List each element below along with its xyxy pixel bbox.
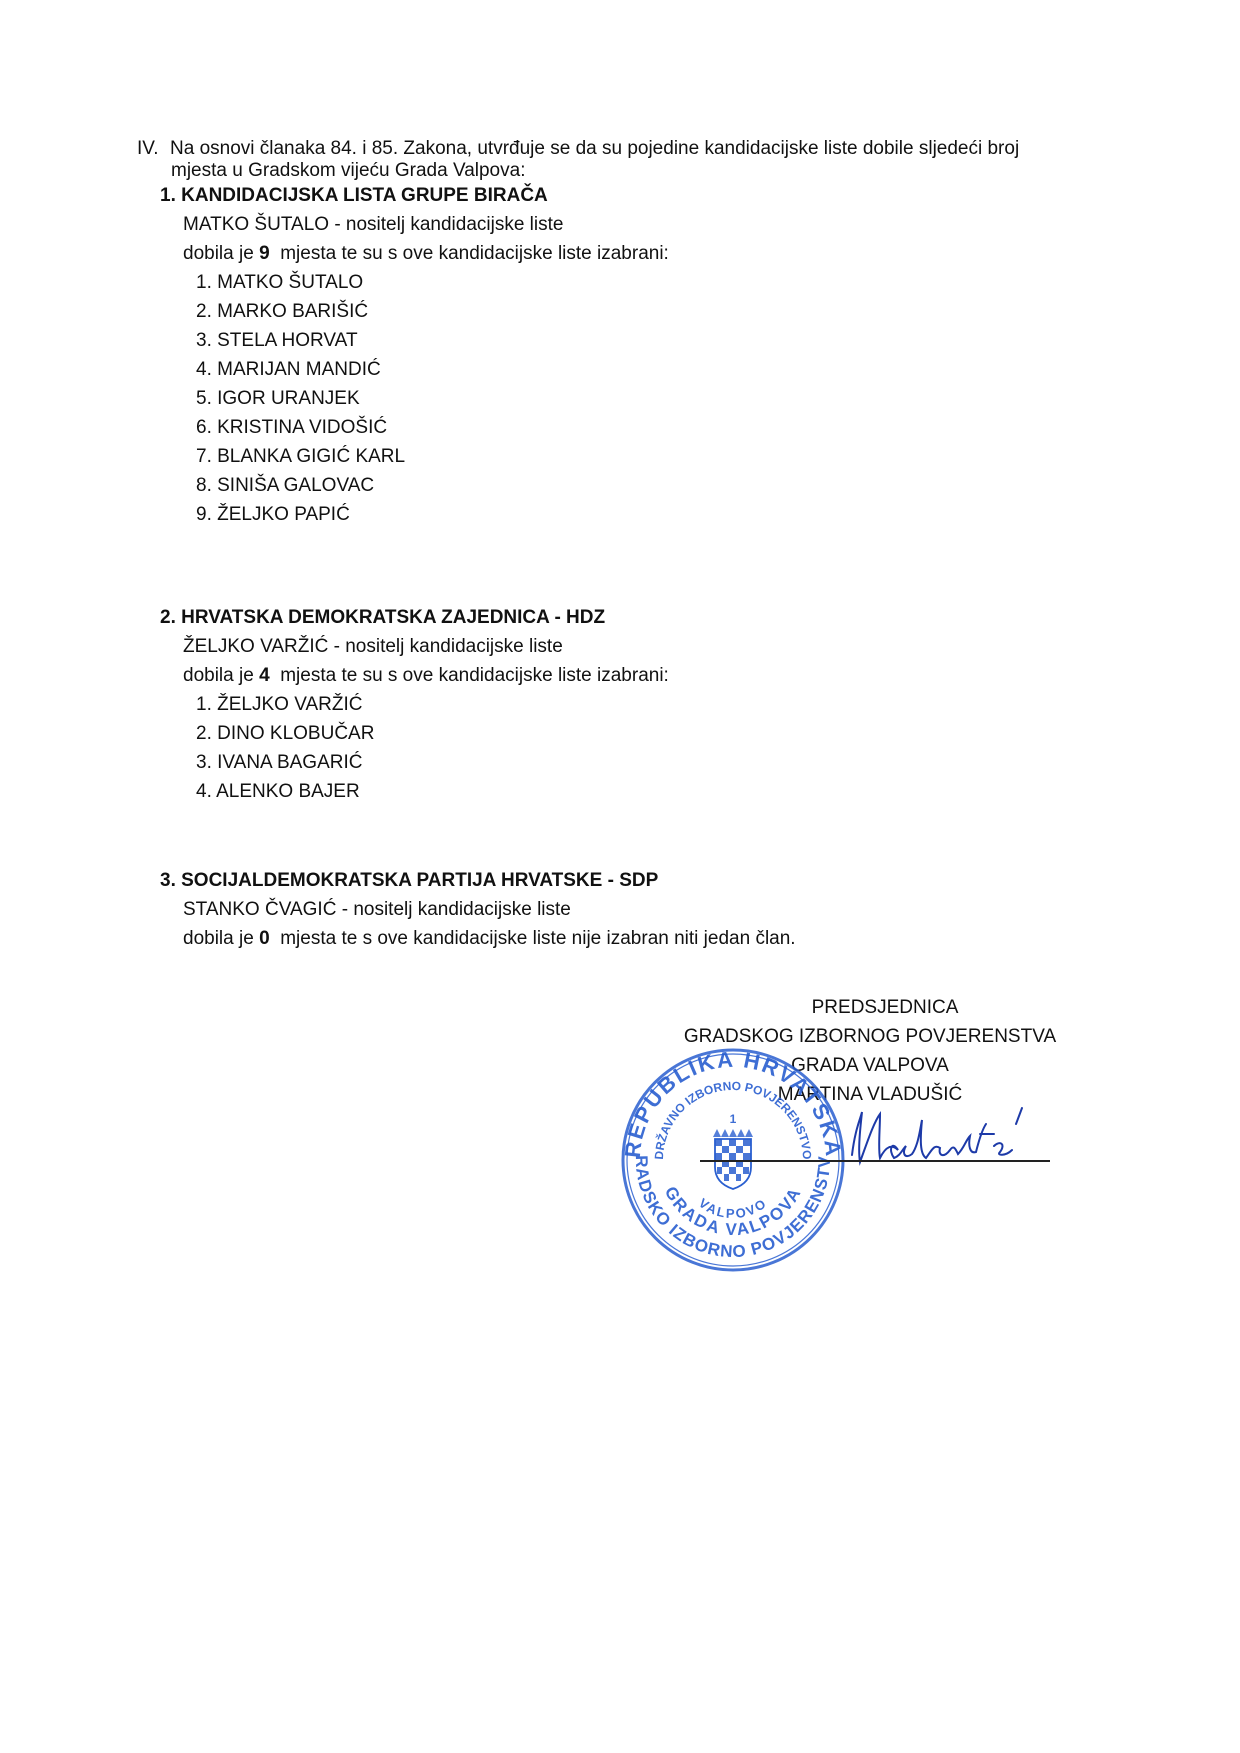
candidate-list-2: 2. HRVATSKA DEMOKRATSKA ZAJEDNICA - HDZ … [160,603,669,806]
elected-members: 1. MATKO ŠUTALO 2. MARKO BARIŠIĆ 3. STEL… [160,268,669,529]
seats-prefix: dobila je [183,665,259,686]
list-item: 2. MARKO BARIŠIĆ [196,297,669,326]
svg-text:1: 1 [730,1112,737,1126]
candidate-list-3: 3. SOCIJALDEMOKRATSKA PARTIJA HRVATSKE -… [160,866,796,953]
list-holder: MATKO ŠUTALO - nositelj kandidacijske li… [160,210,669,239]
seats-line: dobila je 9 mjesta te su s ove kandidaci… [160,239,669,268]
list-item: 4. ALENKO BAJER [196,777,669,806]
list-holder: ŽELJKO VARŽIĆ - nositelj kandidacijske l… [160,632,669,661]
list-item: 3. IVANA BAGARIĆ [196,748,669,777]
seats-suffix: mjesta te su s ove kandidacijske liste i… [270,243,669,264]
seats-prefix: dobila je [183,928,259,949]
intro-line-1: Na osnovi članaka 84. i 85. Zakona, utvr… [170,138,1019,159]
list-item: 8. SINIŠA GALOVAC [196,471,669,500]
list-item: 5. IGOR URANJEK [196,384,669,413]
seats-line: dobila je 4 mjesta te su s ove kandidaci… [160,661,669,690]
list-item: 7. BLANKA GIGIĆ KARL [196,442,669,471]
seats-line: dobila je 0 mjesta te s ove kandidacijsk… [160,924,796,953]
handwritten-signature-icon [840,1100,1060,1175]
list-title: 2. HRVATSKA DEMOKRATSKA ZAJEDNICA - HDZ [160,603,669,632]
list-title: 3. SOCIJALDEMOKRATSKA PARTIJA HRVATSKE -… [160,866,796,895]
section-number: IV. [137,138,170,160]
list-item: 6. KRISTINA VIDOŠIĆ [196,413,669,442]
intro-line-2: mjesta u Gradskom vijeću Grada Valpova: [137,160,1127,182]
list-holder: STANKO ČVAGIĆ - nositelj kandidacijske l… [160,895,796,924]
seats-count: 9 [259,243,270,264]
seats-suffix: mjesta te s ove kandidacijske liste nije… [270,928,796,949]
seats-suffix: mjesta te su s ove kandidacijske liste i… [270,665,669,686]
elected-members: 1. ŽELJKO VARŽIĆ 2. DINO KLOBUČAR 3. IVA… [160,690,669,806]
seats-prefix: dobila je [183,243,259,264]
intro-paragraph: IV.Na osnovi članaka 84. i 85. Zakona, u… [137,138,1127,182]
list-item: 1. MATKO ŠUTALO [196,268,669,297]
list-item: 4. MARIJAN MANDIĆ [196,355,669,384]
seats-count: 0 [259,928,270,949]
candidate-list-1: 1. KANDIDACIJSKA LISTA GRUPE BIRAČA MATK… [160,181,669,529]
list-item: 9. ŽELJKO PAPIĆ [196,500,669,529]
list-item: 1. ŽELJKO VARŽIĆ [196,690,669,719]
signer-role: PREDSJEDNICA [640,993,1100,1022]
seats-count: 4 [259,665,270,686]
list-title: 1. KANDIDACIJSKA LISTA GRUPE BIRAČA [160,181,669,210]
list-item: 2. DINO KLOBUČAR [196,719,669,748]
document-page: IV.Na osnovi članaka 84. i 85. Zakona, u… [0,0,1240,1753]
signature-line [700,1160,1050,1162]
list-item: 3. STELA HORVAT [196,326,669,355]
